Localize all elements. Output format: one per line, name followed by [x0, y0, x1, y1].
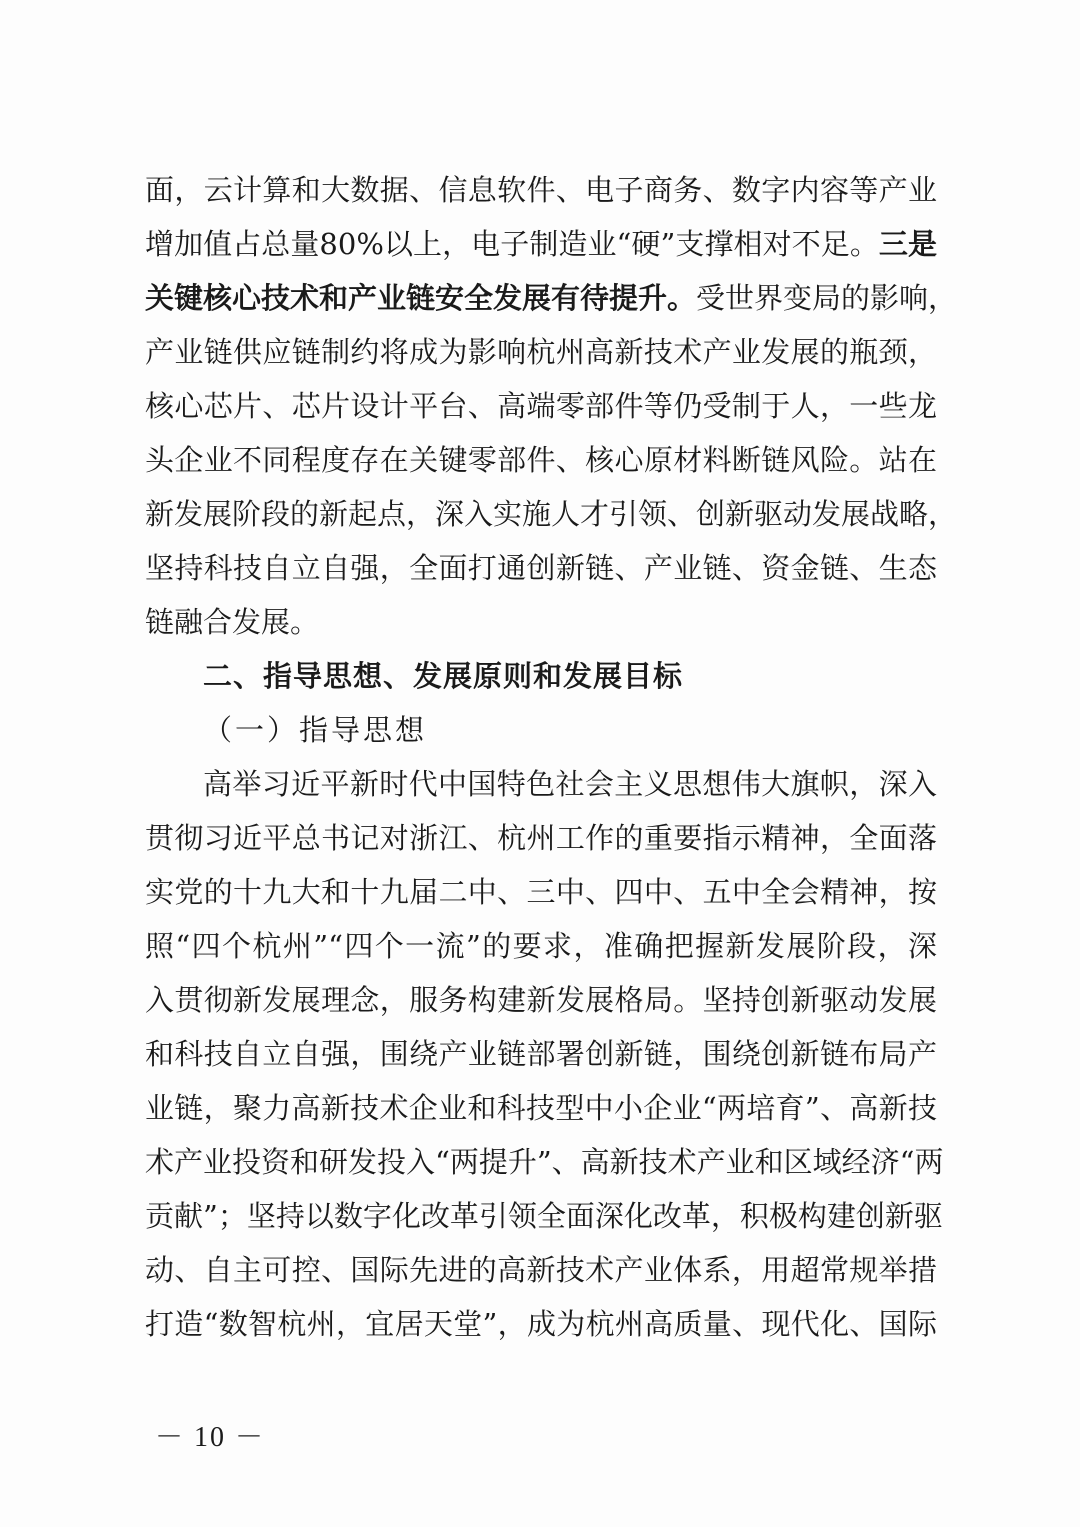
paragraph-line: 业链，聚力高新技术企业和科技型中小企业“两培育”、高新技: [145, 1088, 937, 1128]
line-text: 增加值占总量80%以上，电子制造业“硬”支撑相对不足。: [145, 227, 879, 261]
paragraph-line: 链融合发展。: [145, 602, 937, 642]
bold-phrase: 三是: [879, 227, 937, 261]
paragraph-line: 术产业投资和研发投入“两提升”、高新技术产业和区域经济“两: [145, 1142, 937, 1182]
paragraph-line: 打造“数智杭州，宜居天堂”，成为杭州高质量、现代化、国际: [145, 1304, 937, 1344]
paragraph-line: 核心芯片、芯片设计平台、高端零部件等仍受制于人，一些龙: [145, 386, 937, 426]
paragraph-line: 和科技自立自强，围绕产业链部署创新链，围绕创新链布局产: [145, 1034, 937, 1074]
paragraph-line: 贡献”；坚持以数字化改革引领全面深化改革，积极构建创新驱: [145, 1196, 937, 1236]
paragraph-line: 头企业不同程度存在关键零部件、核心原材料断链风险。站在: [145, 440, 937, 480]
document-page: 面，云计算和大数据、信息软件、电子商务、数字内容等产业 增加值占总量80%以上，…: [0, 0, 1080, 1527]
paragraph-line: 实党的十九大和十九届二中、三中、四中、五中全会精神，按: [145, 872, 937, 912]
paragraph-line: 产业链供应链制约将成为影响杭州高新技术产业发展的瓶颈，: [145, 332, 937, 372]
paragraph-line: 坚持科技自立自强，全面打通创新链、产业链、资金链、生态: [145, 548, 937, 588]
section-heading: 二、指导思想、发展原则和发展目标: [203, 656, 683, 696]
bold-phrase: 关键核心技术和产业链安全发展有待提升。: [145, 281, 696, 315]
paragraph-line: 照“四个杭州”“四个一流”的要求，准确把握新发展阶段，深: [145, 926, 937, 966]
paragraph-line: 入贯彻新发展理念，服务构建新发展格局。坚持创新驱动发展: [145, 980, 937, 1020]
paragraph-line: 面，云计算和大数据、信息软件、电子商务、数字内容等产业: [145, 170, 937, 210]
paragraph-line: 贯彻习近平总书记对浙江、杭州工作的重要指示精神，全面落: [145, 818, 937, 858]
page-number: － 10 －: [155, 1420, 265, 1456]
line-text: 受世界变局的影响，: [696, 281, 957, 315]
paragraph-line: 新发展阶段的新起点，深入实施人才引领、创新驱动发展战略，: [145, 494, 937, 534]
paragraph-line: 增加值占总量80%以上，电子制造业“硬”支撑相对不足。三是: [145, 224, 937, 264]
paragraph-line: 高举习近平新时代中国特色社会主义思想伟大旗帜，深入: [203, 764, 937, 804]
paragraph-line: 关键核心技术和产业链安全发展有待提升。受世界变局的影响，: [145, 278, 937, 318]
paragraph-line: 动、自主可控、国际先进的高新技术产业体系，用超常规举措: [145, 1250, 937, 1290]
subsection-heading: （一）指导思想: [203, 710, 427, 750]
